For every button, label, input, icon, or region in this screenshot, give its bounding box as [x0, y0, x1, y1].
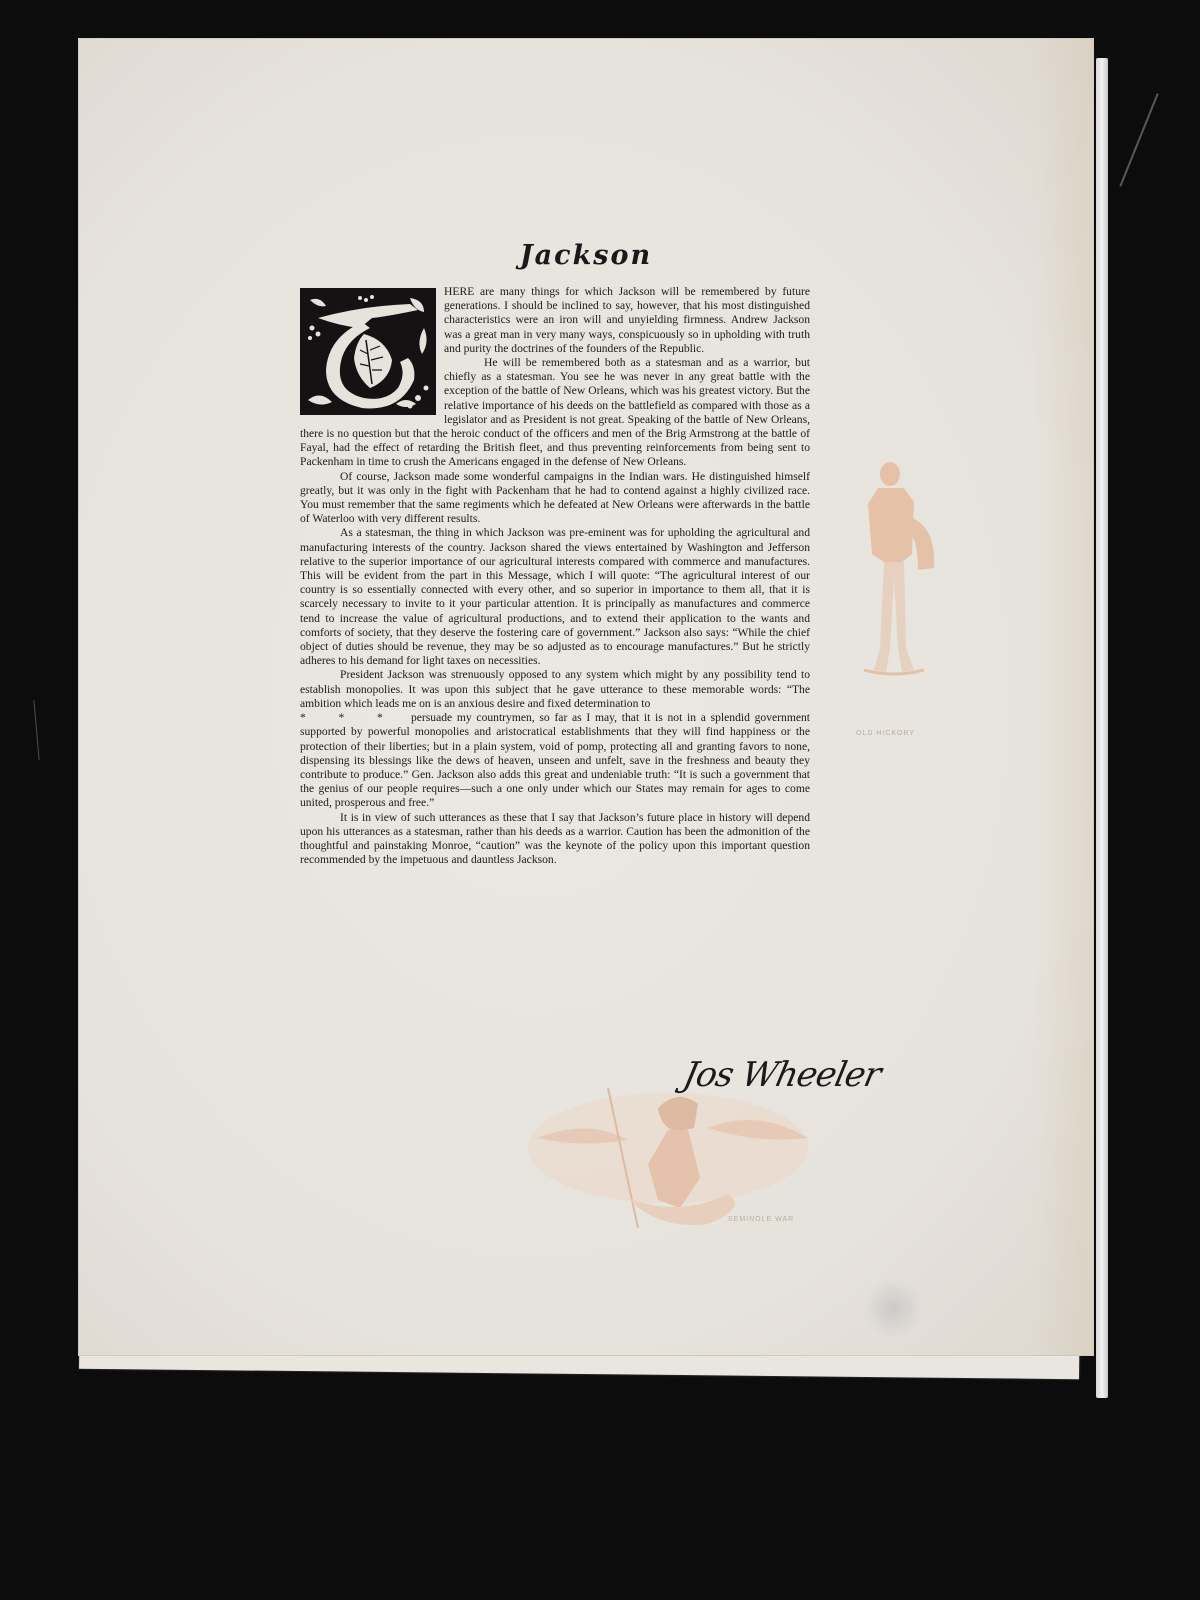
dropcap-illuminated-t — [300, 288, 436, 415]
stacked-sheet-edge — [1096, 58, 1108, 1398]
paragraph: As a statesman, the thing in which Jacks… — [300, 526, 810, 668]
illustration-caption: OLD HICKORY — [856, 730, 915, 737]
loose-thread — [33, 700, 39, 760]
ornamental-letter-t-icon — [300, 288, 436, 415]
page-title: Jackson — [78, 240, 1094, 271]
illustration-caption: SEMINOLE WAR — [728, 1216, 794, 1223]
paragraph: Of course, Jackson made some wonderful c… — [300, 470, 810, 527]
paragraph-continuation: * * * persuade my countrymen, so far as … — [300, 711, 810, 810]
seminole-war-illustration — [508, 1068, 838, 1238]
ellipsis-stars: * * * — [300, 711, 397, 724]
old-hickory-illustration — [844, 458, 940, 718]
paragraph-text: persuade my countrymen, so far as I may,… — [300, 711, 810, 809]
paragraph: It is in view of such utterances as thes… — [300, 811, 810, 868]
document-page: Jackson — [78, 38, 1094, 1356]
article-body: HERE are many things for which Jackson w… — [300, 285, 810, 867]
loose-thread — [1119, 93, 1158, 186]
paper-stain — [863, 1278, 923, 1338]
paragraph: President Jackson was strenuously oppose… — [300, 668, 810, 711]
